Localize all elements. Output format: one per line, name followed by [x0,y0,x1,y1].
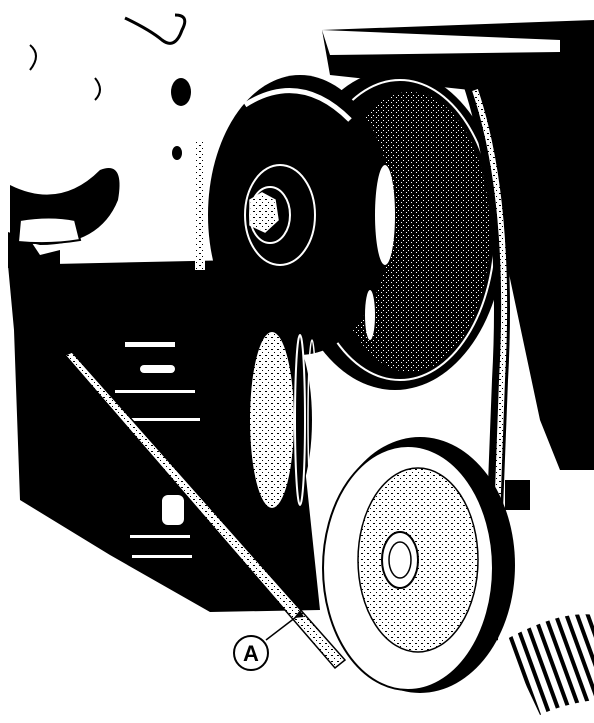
callout-a: A [234,610,304,670]
belt-drive-illustration: A [0,0,594,723]
hose [505,614,594,715]
callout-label: A [243,641,259,666]
